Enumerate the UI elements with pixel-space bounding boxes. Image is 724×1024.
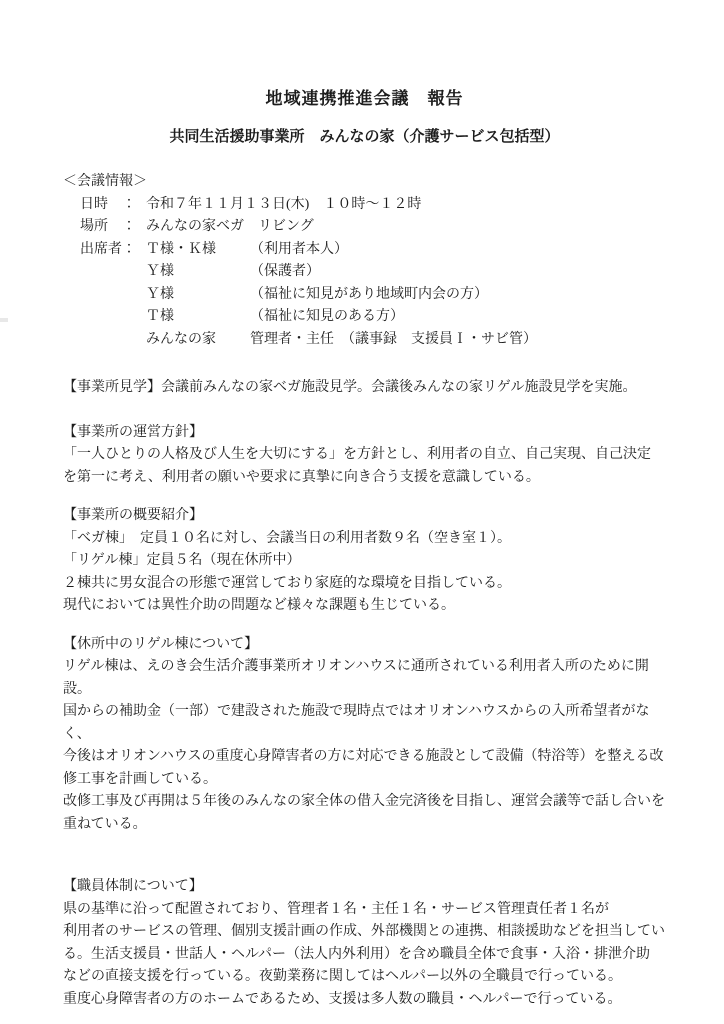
section-line: る。生活支援員・世話人・ヘルパー（法人内外利用）を含め職員全体で食事・入浴・排泄… [63,944,666,967]
section-management-policy: 【事業所の運営方針】 「一人ひとりの人格及び人生を大切にする」を方針とし、利用者… [63,422,666,490]
attendee-row: 出席者： Ｔ様・Ｋ様 （利用者本人） [80,239,666,262]
section-line: 重度心身障害者の方のホームであるため、支援は多人数の職員・ヘルパーで行っている。 [63,989,666,1012]
section-facility-tour: 【事業所見学】会議前みんなの家ベガ施設見学。会議後みんなの家リゲル施設見学を実施… [63,377,666,400]
section-line: 国からの補助金（一部）で建設された施設で現時点ではオリオンハウスからの入所希望者… [63,701,666,746]
attendees-label: 出席者： [80,239,146,262]
section-line: リゲル棟は、えのき会生活介護事業所オリオンハウスに通所されている利用者入所のため… [63,656,666,701]
meeting-info-heading: ＜会議情報＞ [63,171,666,194]
section-line: 今後はオリオンハウスの重度心身障害者の方に対応できる施設として設備（特浴等）を整… [63,746,666,769]
section-line: を第一に考え、利用者の願いや要求に真摯に向き合う支援を意識している。 [63,467,666,490]
attendee-name: Ｔ様 [146,306,250,329]
section-line: などの直接支援を行っている。夜勤業務に関してはヘルパー以外の全職員で行っている。 [63,966,666,989]
section-overview: 【事業所の概要紹介】 「ベガ棟」 定員１０名に対し、会議当日の利用者数９名（空き… [63,505,666,618]
attendee-name: Ｔ様・Ｋ様 [146,239,250,262]
attendee-row: Ｙ様 （保護者） [80,261,666,284]
section-rigel-building: 【休所中のリゲル棟について】 リゲル棟は、えのき会生活介護事業所オリオンハウスに… [63,634,666,837]
section-line: 「一人ひとりの人格及び人生を大切にする」を方針とし、利用者の自立、自己実現、自己… [63,444,666,467]
document-body: ＜会議情報＞ 日時 ： 令和７年１１月１３日(木) １０時～１２時 場所 ： み… [63,171,666,1011]
section-heading: 【事業所の運営方針】 [63,422,666,445]
page-subtitle: 共同生活援助事業所 みんなの家（介護サービス包括型） [63,126,666,147]
section-line: 改修工事及び再開は５年後のみんなの家全体の借入金完済後を目指し、運営会議等で話し… [63,791,666,814]
attendee-row: みんなの家 管理者・主任 （議事録 支援員Ｉ・サビ管） [80,329,666,352]
attendee-role: （利用者本人） [250,239,666,262]
location-value: みんなの家ベガ リビング [146,216,666,239]
datetime-value: 令和７年１１月１３日(木) １０時～１２時 [146,194,666,217]
location-label: 場所 ： [80,216,146,239]
section-heading: 【職員体制について】 [63,876,666,899]
section-heading: 【事業所の概要紹介】 [63,505,666,528]
report-page: 地域連携推進会議 報告 共同生活援助事業所 みんなの家（介護サービス包括型） ＜… [0,0,724,1024]
section-line: 修工事を計画している。 [63,769,666,792]
section-heading: 【事業所見学】 [63,380,161,395]
attendee-row: Ｔ様 （福祉に知見のある方） [80,306,666,329]
attendee-role: 管理者・主任 （議事録 支援員Ｉ・サビ管） [250,329,666,352]
attendee-role: （福祉に知見があり地域町内会の方） [250,284,666,307]
section-line: 「リゲル棟」定員５名（現在休所中） [63,550,666,573]
section-line: 現代においては異性介助の問題など様々な課題も生じている。 [63,595,666,618]
section-line: ２棟共に男女混合の形態で運営しており家庭的な環境を目指している。 [63,573,666,596]
attendee-name: みんなの家 [146,329,250,352]
section-line: 利用者のサービスの管理、個別支援計画の作成、外部機関との連携、相談援助などを担当… [63,921,666,944]
attendee-row: Ｙ様 （福祉に知見があり地域町内会の方） [80,284,666,307]
section-heading: 【休所中のリゲル棟について】 [63,634,666,657]
attendee-name: Ｙ様 [146,284,250,307]
datetime-label: 日時 ： [80,194,146,217]
scan-artifact [0,318,8,322]
info-row-location: 場所 ： みんなの家ベガ リビング [80,216,666,239]
section-line: 【事業所見学】会議前みんなの家ベガ施設見学。会議後みんなの家リゲル施設見学を実施… [63,377,666,400]
attendee-role: （保護者） [250,261,666,284]
section-staff-structure: 【職員体制について】 県の基準に沿って配置されており、管理者１名・主任１名・サー… [63,876,666,1011]
section-inline-text: 会議前みんなの家ベガ施設見学。会議後みんなの家リゲル施設見学を実施。 [161,380,636,395]
page-title: 地域連携推進会議 報告 [63,88,666,110]
section-line: 重ねている。 [63,814,666,837]
info-row-datetime: 日時 ： 令和７年１１月１３日(木) １０時～１２時 [80,194,666,217]
attendee-name: Ｙ様 [146,261,250,284]
section-line: 「ベガ棟」 定員１０名に対し、会議当日の利用者数９名（空き室１）。 [63,528,666,551]
attendee-role: （福祉に知見のある方） [250,306,666,329]
section-line: 県の基準に沿って配置されており、管理者１名・主任１名・サービス管理責任者１名が [63,899,666,922]
